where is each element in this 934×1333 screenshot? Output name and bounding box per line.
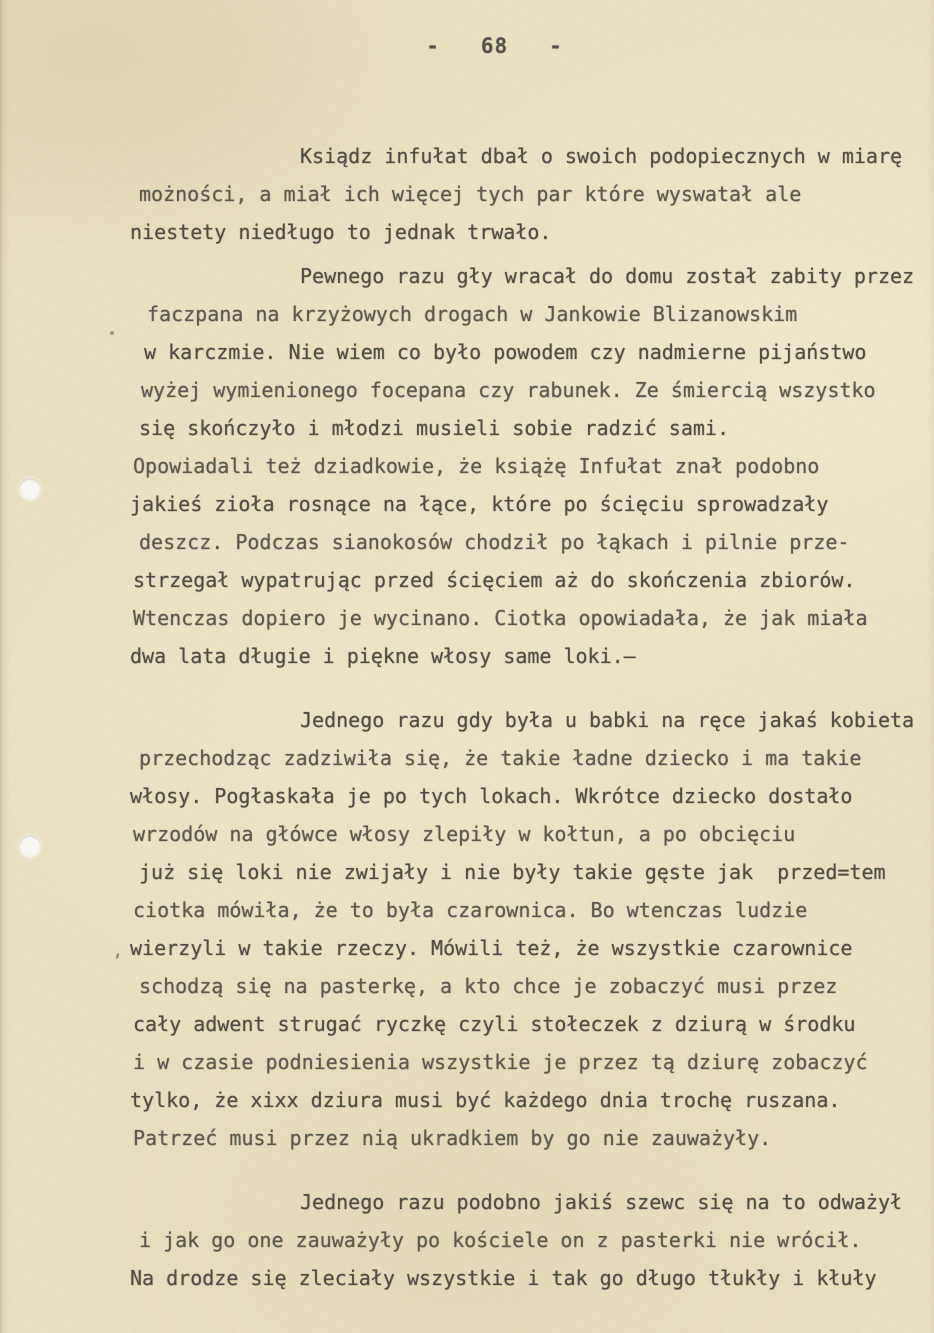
text-line: ciotka mówiła, że to była czarownica. Bo… [133,891,905,929]
paragraph: Jednego razu podobno jakiś szewc się na … [133,1183,905,1297]
text-line: przechodząc zadziwiła się, że takie ładn… [139,739,905,777]
text-line: już się loki nie zwijały i nie były taki… [139,853,905,891]
document-page: - 68 - Ksiądz infułat dbał o swoich podo… [0,0,934,1333]
text-line: niestety niedługo to jednak trwało. [130,213,905,251]
paragraph-first-line: Jednego razu gdy była u babki na ręce ja… [133,701,905,739]
text-line: i w czasie podniesienia wszystkie je prz… [133,1043,905,1081]
punch-hole-top [19,478,41,500]
typewritten-text: Ksiądz infułat dbał o swoich podopieczny… [133,137,905,1297]
paragraph: Pewnego razu gły wracał do domu został z… [133,257,905,675]
paper-speck [115,953,120,960]
paper-speck [110,331,114,335]
text-line: wrzodów na główce włosy zlepiły w kołtun… [133,815,905,853]
text-line: Na drodze się zleciały wszystkie i tak g… [130,1259,905,1297]
text-line: się skończyło i młodzi musieli sobie rad… [139,409,905,447]
text-line: dwa lata długie i piękne włosy same loki… [130,637,905,675]
paragraph-first-line: Jednego razu podobno jakiś szewc się na … [133,1183,905,1221]
text-line: wyżej wymienionego focepana czy rabunek.… [141,371,905,409]
text-line: schodzą się na pasterkę, a kto chce je z… [139,967,905,1005]
text-line: wierzyli w takie rzeczy. Mówili też, że … [130,929,905,967]
text-line: jakieś zioła rosnące na łące, które po ś… [130,485,905,523]
paragraph-first-line: Ksiądz infułat dbał o swoich podopieczny… [133,137,905,175]
text-line: cały adwent strugać ryczkę czyli stołecz… [133,1005,905,1043]
text-line: w karczmie. Nie wiem co było powodem czy… [144,333,905,371]
text-line: strzegał wypatrując przed ścięciem aż do… [133,561,905,599]
text-line: faczpana na krzyżowych drogach w Jankowi… [147,295,905,333]
text-line: tylko, że xixx dziura musi być każdego d… [130,1081,905,1119]
text-line: Wtenczas dopiero je wycinano. Ciotka opo… [133,599,905,637]
paragraph-first-line: Pewnego razu gły wracał do domu został z… [133,257,905,295]
paragraph: Ksiądz infułat dbał o swoich podopieczny… [133,137,905,251]
text-line: możności, a miał ich więcej tych par któ… [139,175,905,213]
page-number: - 68 - [0,34,934,58]
text-line: i jak go one zauważyły po kościele on z … [139,1221,905,1259]
text-line: Patrzeć musi przez nią ukradkiem by go n… [133,1119,905,1157]
paragraph: Jednego razu gdy była u babki na ręce ja… [133,701,905,1157]
text-line: Opowiadali też dziadkowie, że książę Inf… [133,447,905,485]
punch-hole-bottom [19,835,41,857]
text-line: włosy. Pogłaskała je po tych lokach. Wkr… [130,777,905,815]
text-line: deszcz. Podczas sianokosów chodził po łą… [139,523,905,561]
